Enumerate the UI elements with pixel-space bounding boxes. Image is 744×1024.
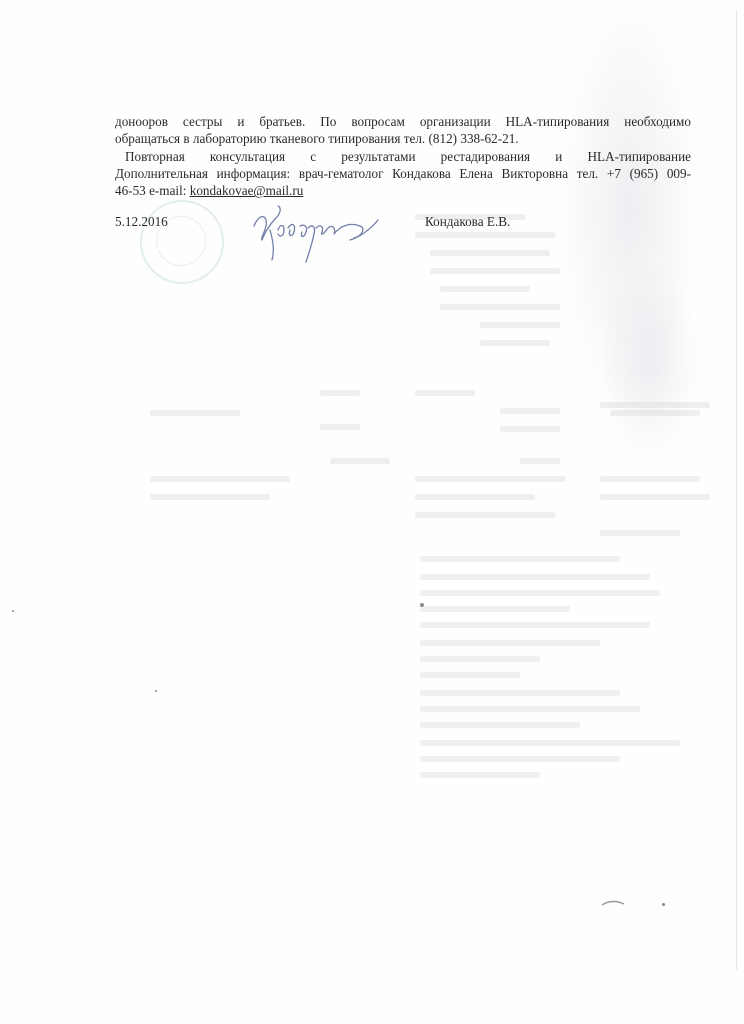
paragraph-consultation-line-1: Повторная консультация с результатами ре… [115,148,691,165]
paragraph-email-line: 46-53 e-mail: kondakovae@mail.ru [115,182,691,199]
email-link[interactable]: kondakovae@mail.ru [190,183,304,198]
paragraph-hla-line-2: обращаться в лабораторию тканевого типир… [115,130,691,147]
scan-speck [420,603,424,607]
scan-speck [12,610,14,612]
paragraph-hla-line-1: донооров сестры и братьев. По вопросам о… [115,113,691,130]
paragraph-contact-line: Дополнительная информация: врач-гематоло… [115,165,691,182]
signer-name: Кондакова Е.В. [425,214,510,230]
document-body: донооров сестры и братьев. По вопросам о… [115,113,691,199]
scan-speck [155,690,157,692]
scan-mark [600,898,630,908]
scan-speck [662,903,665,906]
document-date: 5.12.2016 [115,214,168,230]
handwritten-signature [250,204,385,264]
round-stamp [140,200,224,284]
scanned-page: донооров сестры и братьев. По вопросам о… [0,0,744,1024]
email-prefix: 46-53 e-mail: [115,183,190,198]
